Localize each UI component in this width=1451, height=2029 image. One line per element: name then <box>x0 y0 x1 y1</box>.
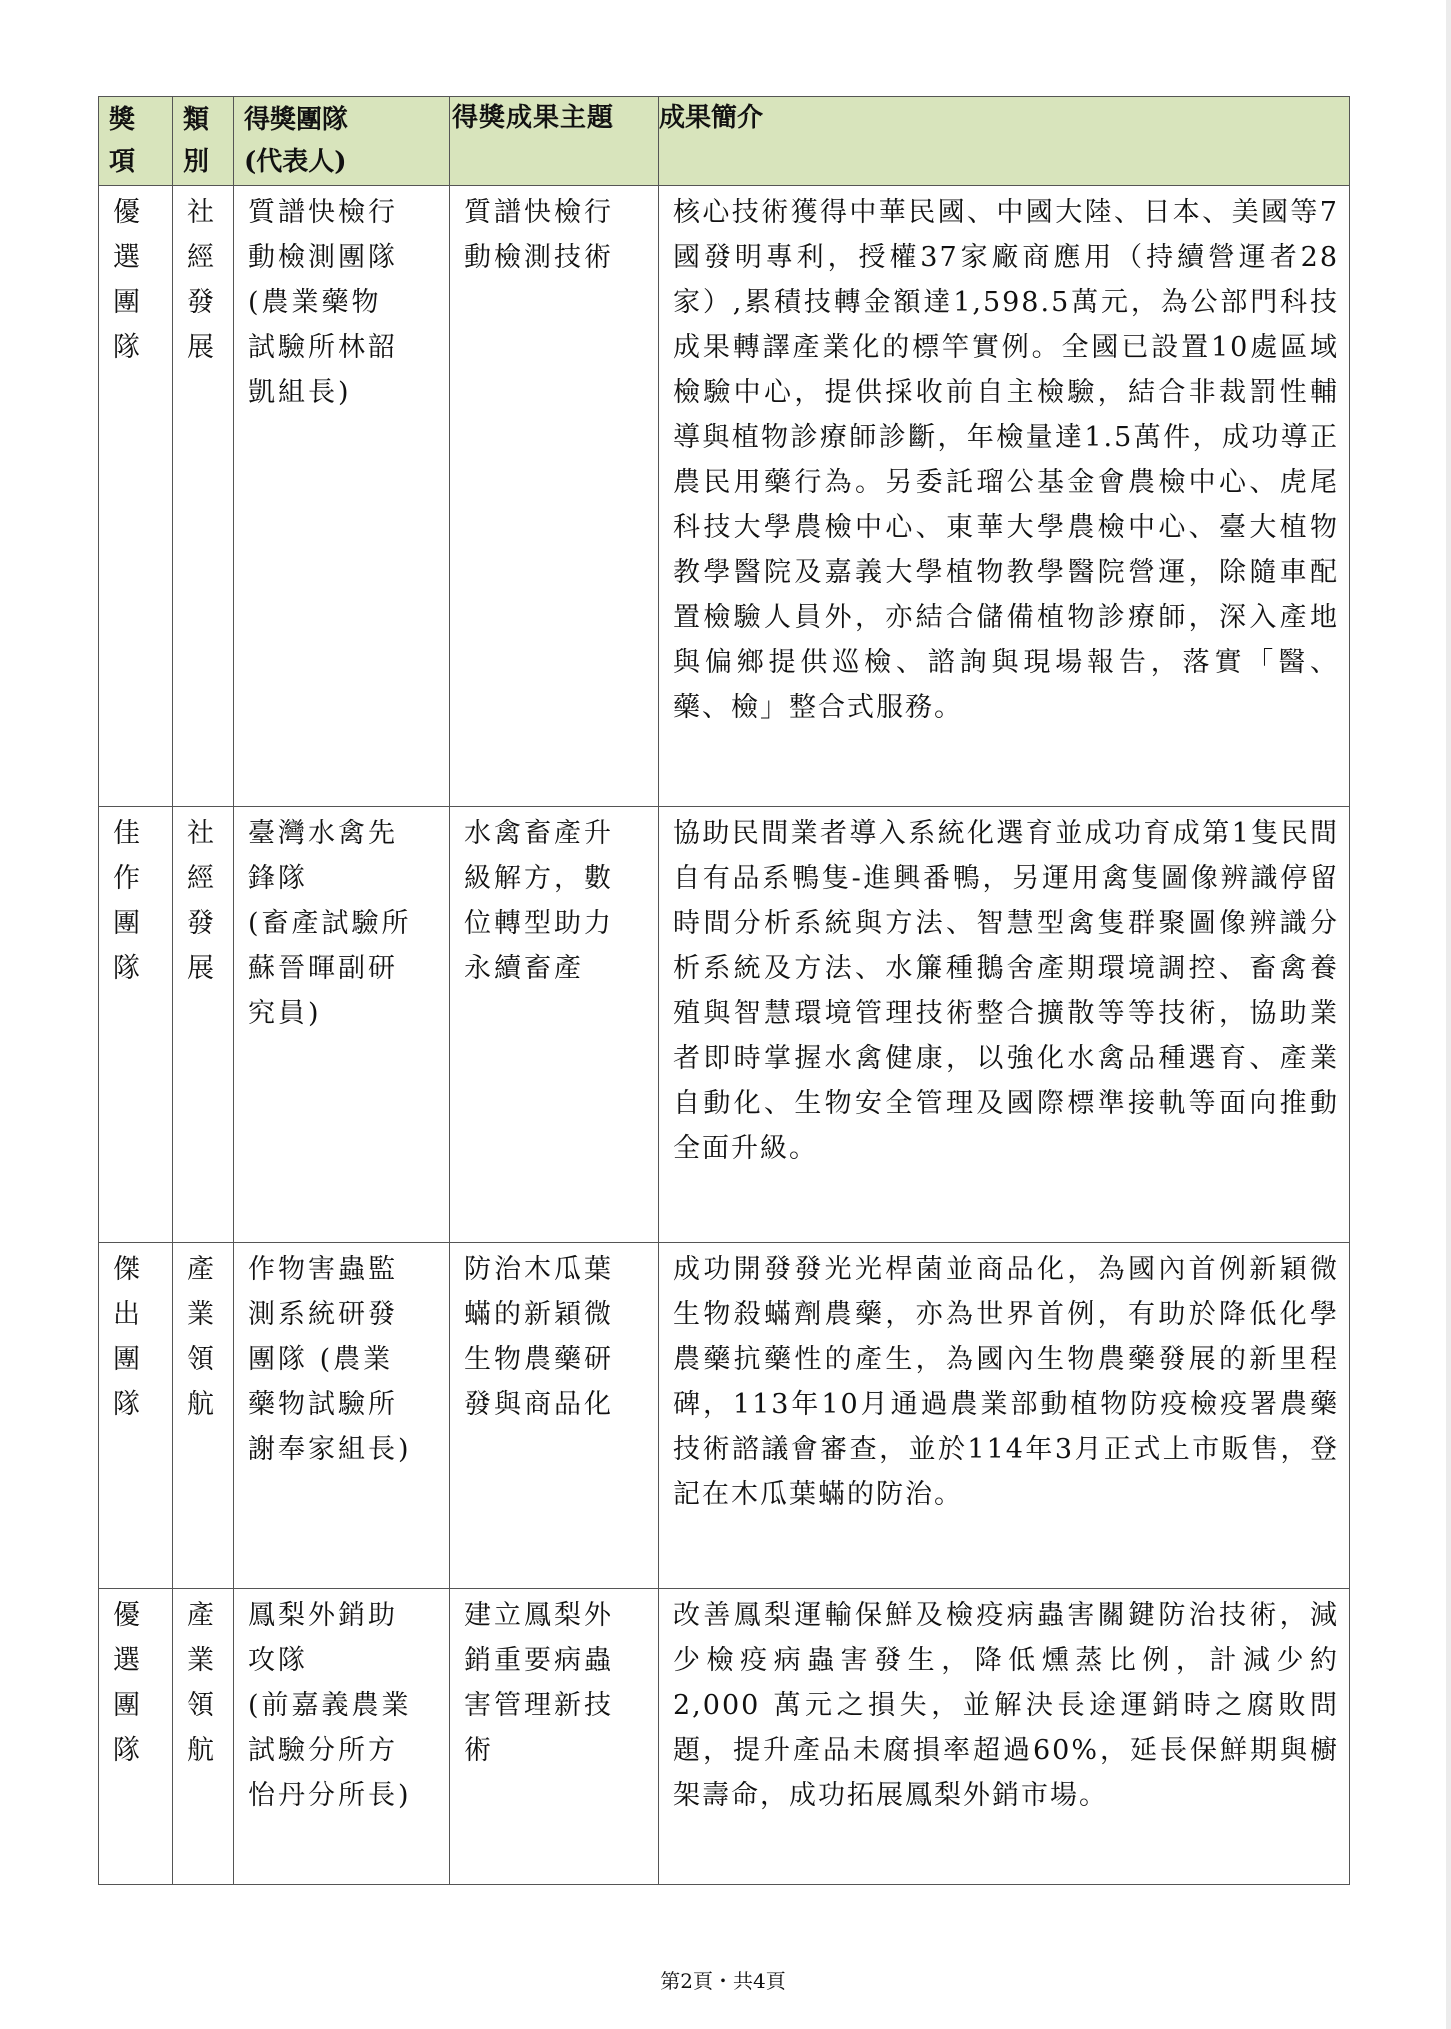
summary-cell: 成功開發發光光桿菌並商品化，為國內首例新穎微生物殺蟎劑農藥，亦為世界首例，有助於… <box>659 1243 1350 1589</box>
award-cell: 佳 作 團 隊 <box>99 807 173 1243</box>
theme-cell: 防治木瓜葉 蟎的新穎微 生物農藥研 發與商品化 <box>450 1243 659 1589</box>
table-row: 佳 作 團 隊 社 經 發 展 臺灣水禽先 鋒隊 (畜產試驗所 蘇晉暉副研 究員… <box>99 807 1350 1243</box>
table-row: 優 選 團 隊 社 經 發 展 質譜快檢行 動檢測團隊 (農業藥物 試驗所林韶 … <box>99 186 1350 807</box>
page-edge-strip <box>1446 0 1451 2029</box>
header-summary: 成果簡介 <box>659 97 1350 186</box>
award-cell: 優 選 團 隊 <box>99 186 173 807</box>
team-cell: 臺灣水禽先 鋒隊 (畜產試驗所 蘇晉暉副研 究員) <box>234 807 450 1243</box>
awards-table: 獎 項 類 別 得獎團隊 (代表人) 得獎成果主題 成果簡介 優 選 團 隊 社… <box>98 96 1350 1885</box>
header-team: 得獎團隊 (代表人) <box>234 97 450 186</box>
category-cell: 社 經 發 展 <box>173 807 234 1243</box>
table-row: 優 選 團 隊 產 業 領 航 鳳梨外銷助 攻隊 (前嘉義農業 試驗分所方 怡丹… <box>99 1589 1350 1885</box>
category-cell: 產 業 領 航 <box>173 1589 234 1885</box>
header-award: 獎 項 <box>99 97 173 186</box>
header-theme: 得獎成果主題 <box>450 97 659 186</box>
team-cell: 鳳梨外銷助 攻隊 (前嘉義農業 試驗分所方 怡丹分所長) <box>234 1589 450 1885</box>
award-cell: 傑 出 團 隊 <box>99 1243 173 1589</box>
summary-cell: 改善鳳梨運輸保鮮及檢疫病蟲害關鍵防治技術，減少檢疫病蟲害發生，降低燻蒸比例，計減… <box>659 1589 1350 1885</box>
theme-cell: 水禽畜產升 級解方，數 位轉型助力 永續畜產 <box>450 807 659 1243</box>
header-category: 類 別 <box>173 97 234 186</box>
theme-cell: 質譜快檢行 動檢測技術 <box>450 186 659 807</box>
theme-cell: 建立鳳梨外 銷重要病蟲 害管理新技 術 <box>450 1589 659 1885</box>
summary-cell: 協助民間業者導入系統化選育並成功育成第1隻民間自有品系鴨隻-進興番鴨，另運用禽隻… <box>659 807 1350 1243</box>
category-cell: 產 業 領 航 <box>173 1243 234 1589</box>
table-header-row: 獎 項 類 別 得獎團隊 (代表人) 得獎成果主題 成果簡介 <box>99 97 1350 186</box>
award-cell: 優 選 團 隊 <box>99 1589 173 1885</box>
summary-cell: 核心技術獲得中華民國、中國大陸、日本、美國等7國發明專利，授權37家廠商應用（持… <box>659 186 1350 807</box>
category-cell: 社 經 發 展 <box>173 186 234 807</box>
team-cell: 質譜快檢行 動檢測團隊 (農業藥物 試驗所林韶 凱組長) <box>234 186 450 807</box>
page-indicator: 第2頁・共4頁 <box>0 1966 1446 1996</box>
team-cell: 作物害蟲監 測系統研發 團隊 (農業 藥物試驗所 謝奉家組長) <box>234 1243 450 1589</box>
table-row: 傑 出 團 隊 產 業 領 航 作物害蟲監 測系統研發 團隊 (農業 藥物試驗所… <box>99 1243 1350 1589</box>
